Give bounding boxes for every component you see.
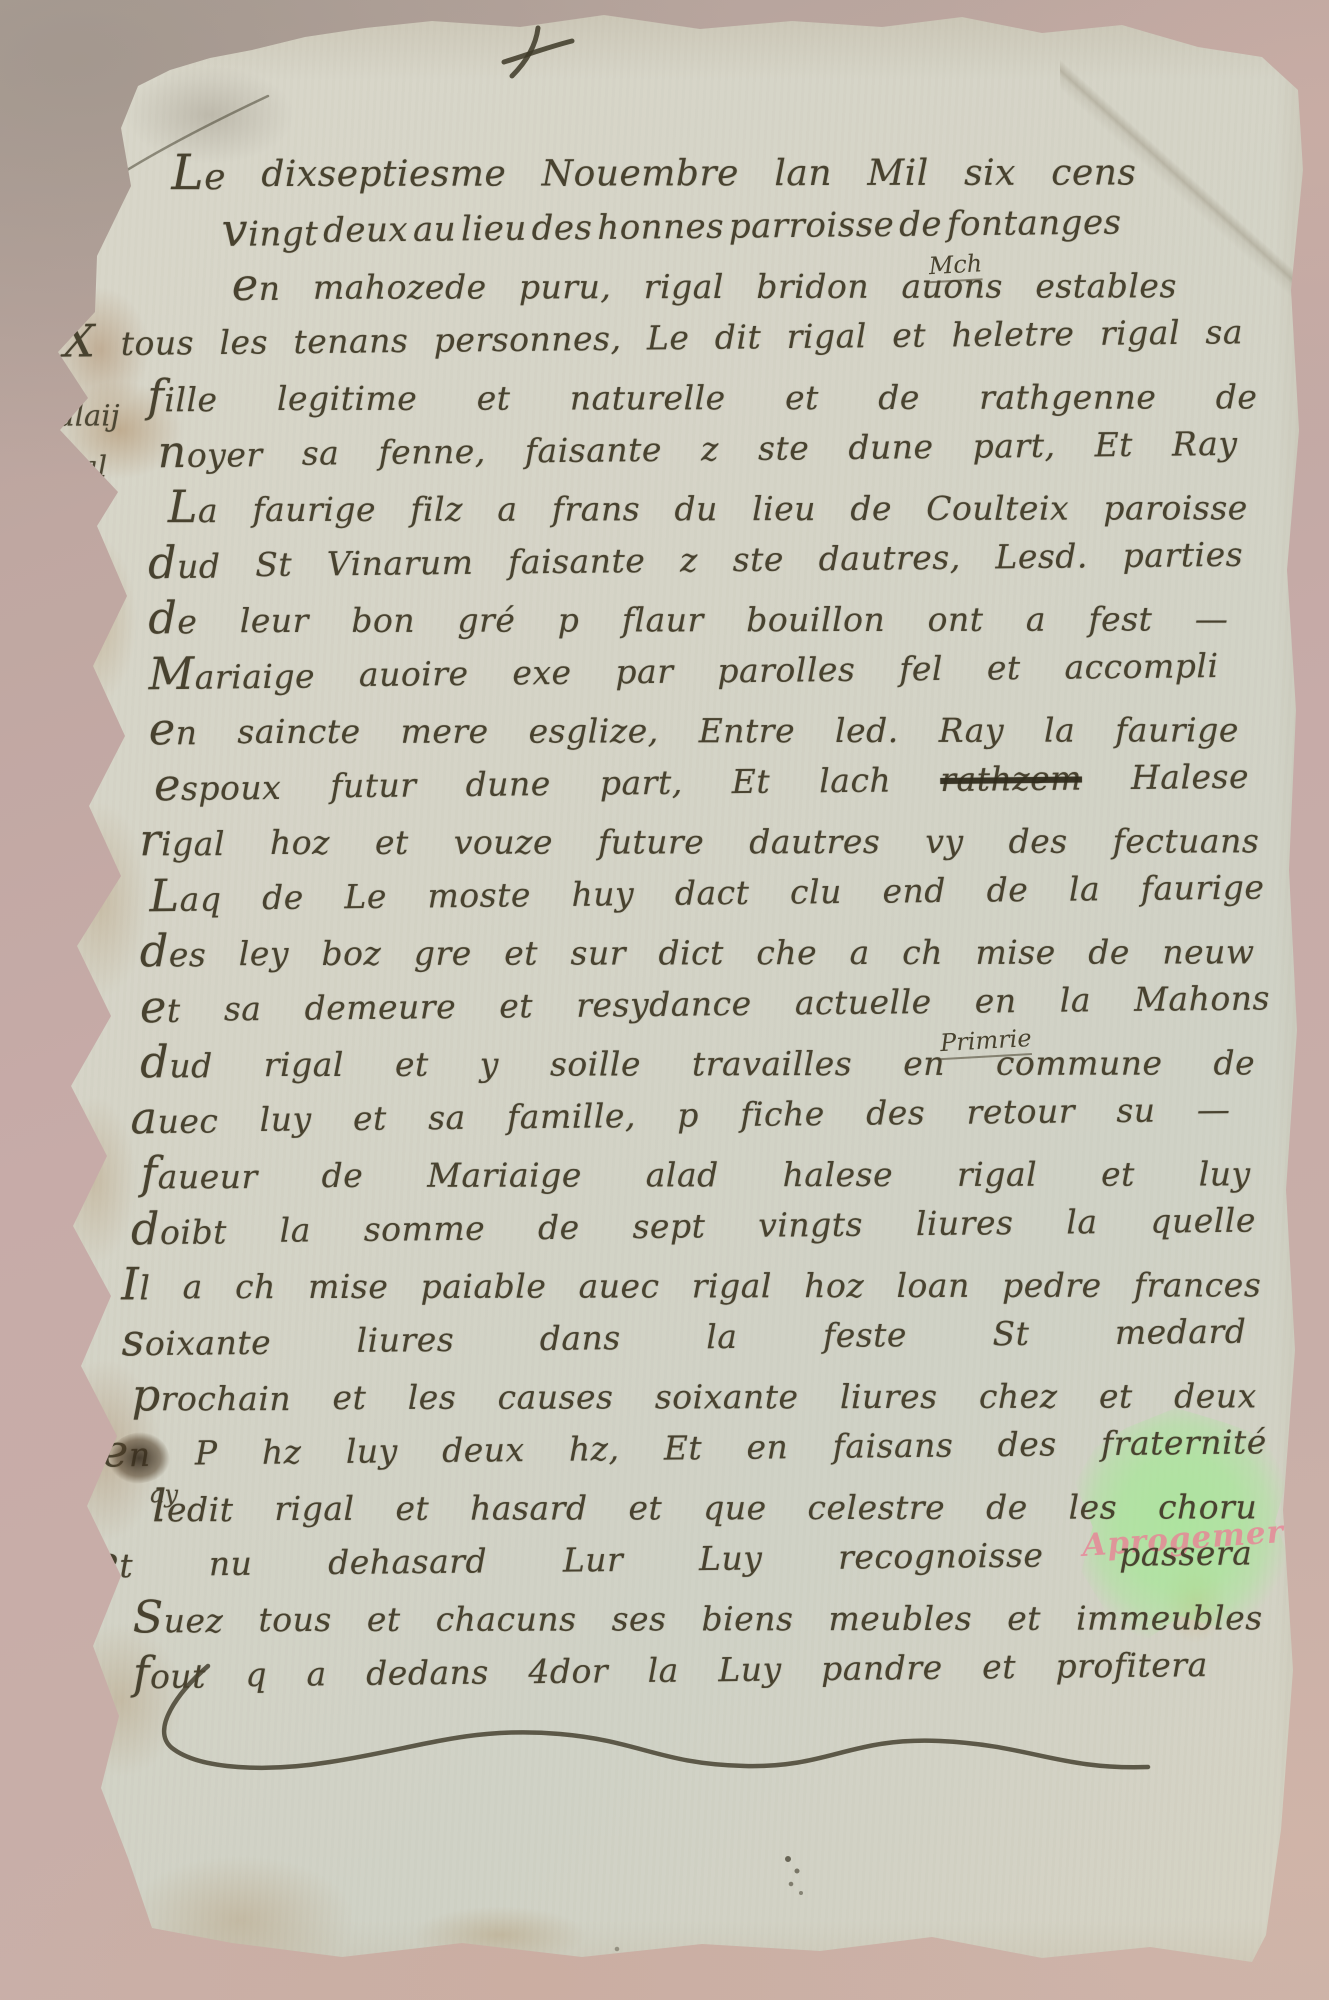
word: de: [1216, 377, 1258, 417]
word: Ray: [1172, 424, 1238, 465]
word: Luy: [699, 1538, 763, 1579]
word: et: [1101, 1155, 1135, 1195]
word: faisans: [832, 1426, 953, 1467]
word: Le: [171, 154, 226, 198]
word: faurige: [252, 490, 376, 530]
word: legitime: [277, 379, 417, 419]
manuscript-line: rigalhozetvouzefuturedautresvydesfectuan…: [139, 821, 1259, 863]
word: —: [1195, 599, 1229, 639]
word: nu: [209, 1544, 253, 1584]
word: hoz: [804, 1266, 864, 1306]
manuscript-page: Aprogemere LedixseptiesmeNouembrelanMils…: [0, 0, 1329, 2000]
word: Coulteix: [926, 489, 1069, 529]
word: tous: [121, 323, 195, 364]
word: hz,: [569, 1429, 620, 1470]
word: che: [756, 933, 817, 973]
word: fest: [1088, 599, 1152, 639]
word: Luy: [718, 1650, 782, 1691]
word: honnes: [597, 207, 724, 251]
word: recognoisse: [838, 1536, 1044, 1578]
word: parroisse: [729, 205, 895, 250]
word: halese: [783, 1155, 894, 1195]
word: a: [1026, 600, 1046, 640]
manuscript-line: Mariaigeauoireexeparparollesfeletaccompl…: [148, 646, 1218, 697]
word: ont: [928, 600, 984, 640]
word: parties: [1122, 535, 1243, 576]
word: —: [1197, 1090, 1231, 1130]
word: des: [866, 1093, 926, 1134]
word: et: [353, 1099, 387, 1139]
word: et: [332, 1378, 366, 1418]
word: liures: [840, 1377, 938, 1417]
word: hoz: [270, 823, 330, 863]
word: neuw: [1162, 932, 1254, 972]
word: Nouembre: [542, 153, 739, 197]
word: de: [986, 870, 1028, 910]
manuscript-line: dudrigaletysoilletravaillesencommunede: [140, 1043, 1255, 1085]
margin-note: igal: [53, 449, 108, 483]
word: sept: [632, 1206, 705, 1247]
word: la: [647, 1651, 679, 1691]
word: et: [504, 934, 538, 974]
word: z: [701, 429, 719, 469]
word: faueur: [141, 1156, 258, 1196]
word: Mariaige: [148, 656, 315, 698]
word: doibt: [131, 1211, 227, 1252]
word: choru: [1158, 1487, 1257, 1527]
word: les: [408, 1378, 457, 1418]
word: soille: [550, 1044, 641, 1084]
word: et: [1099, 1377, 1133, 1417]
word: p: [677, 1095, 699, 1135]
word: rigal: [692, 1266, 772, 1306]
word: des: [531, 208, 592, 252]
manuscript-line: vingtdeuxaulieudeshonnesparroissedefonta…: [221, 203, 1121, 255]
word: fontanges: [947, 203, 1122, 248]
manuscript-line: dudStVinarumfaisantezstedautres,Lesd.par…: [148, 535, 1243, 586]
word: chez: [979, 1377, 1058, 1417]
word: a: [850, 933, 870, 973]
word: rathzem: [940, 759, 1082, 800]
photograph-backdrop: Aprogemere LedixseptiesmeNouembrelanMils…: [0, 0, 1329, 2000]
word: a: [183, 1267, 203, 1307]
word: famille,: [507, 1096, 636, 1137]
word: la: [706, 1317, 738, 1357]
word: demeure: [304, 987, 456, 1029]
word: par: [615, 652, 673, 693]
word: deux: [323, 210, 408, 254]
word: faisante: [508, 541, 646, 582]
word: naturelle: [570, 378, 726, 418]
word: les: [219, 322, 268, 363]
word: vingt: [221, 211, 318, 255]
word: quelle: [1150, 1201, 1256, 1242]
word: lan: [774, 153, 832, 197]
word: frans: [552, 489, 640, 529]
word: su: [1116, 1091, 1156, 1131]
word: hasard: [470, 1488, 588, 1528]
word: du: [674, 489, 717, 529]
word: et: [892, 316, 926, 356]
word: la: [1069, 869, 1101, 909]
word: Et: [1094, 425, 1133, 465]
word: y: [480, 1045, 499, 1085]
word: loan: [896, 1266, 969, 1306]
word: sa: [224, 989, 262, 1029]
manuscript-line: noyersafenne,faisantezstedunepart,EtRay: [157, 424, 1237, 475]
word: dautres,: [818, 538, 960, 579]
word: la: [1066, 1202, 1098, 1242]
word: noyer: [157, 434, 262, 475]
manuscript-line: etsademeureetresydanceactuelleenlaMahons: [140, 978, 1270, 1030]
word: bouillon: [746, 600, 885, 640]
manuscript-line: LedixseptiesmeNouembrelanMilsixcens: [171, 152, 1136, 198]
word: rathgenne: [979, 377, 1156, 417]
word: sa: [302, 433, 340, 473]
word: des: [997, 1424, 1057, 1465]
word: mahozede: [313, 267, 487, 307]
manuscript-line: etnudehasardLurLuyrecognoissepassera: [92, 1533, 1252, 1585]
word: resydance: [576, 984, 752, 1026]
word: et: [395, 1489, 429, 1529]
word: et: [785, 378, 819, 418]
word: prochain: [132, 1378, 291, 1418]
word: rigal: [786, 316, 867, 357]
word: dit: [715, 317, 762, 357]
word: La: [168, 490, 218, 530]
word: Vinarum: [327, 543, 474, 585]
word: fectuans: [1113, 821, 1260, 861]
word: tous: [258, 1600, 331, 1640]
word: sa: [1205, 312, 1243, 352]
word: dud: [148, 545, 221, 586]
word: fiche: [740, 1094, 825, 1135]
word: heletre: [951, 314, 1074, 355]
word: Ray: [939, 711, 1004, 751]
word: soixante: [655, 1377, 799, 1417]
word: sa: [428, 1098, 466, 1138]
word: parolles: [717, 650, 855, 691]
word: paiable: [421, 1267, 547, 1307]
word: dact: [675, 873, 750, 914]
word: de: [322, 1156, 364, 1196]
word: Mahons: [1134, 978, 1270, 1019]
word: des: [140, 934, 207, 974]
word: somme: [364, 1209, 486, 1250]
word: liures: [356, 1320, 454, 1361]
word: future: [598, 822, 704, 862]
word: lieu: [461, 209, 527, 253]
word: luy: [259, 1099, 311, 1140]
word: led.: [835, 711, 899, 751]
word: pandre: [821, 1648, 943, 1689]
word: fille: [147, 379, 217, 419]
word: rigal: [644, 267, 724, 307]
word: 4dor: [528, 1651, 608, 1692]
word: et: [1007, 1599, 1041, 1639]
word: rigal: [139, 823, 225, 863]
word: lieu: [752, 489, 816, 529]
manuscript-line: faueurdeMariaigealadhaleserigaletluy: [141, 1154, 1251, 1196]
word: de: [262, 878, 304, 918]
word: rigal: [274, 1489, 354, 1529]
word: Mil: [867, 153, 928, 197]
manuscript-line: leditrigalethasardetquecelestredeleschor…: [152, 1487, 1257, 1529]
manuscript-line: deleurbongrépflaurbouillonontafest—: [148, 599, 1228, 641]
word: en: [903, 1044, 945, 1084]
word: cens: [1051, 152, 1136, 196]
word: fenne,: [378, 432, 486, 473]
word: faurige: [1141, 868, 1265, 909]
word: vingts: [758, 1205, 863, 1246]
manuscript-line: Ilachmisepaiableauecrigalhozloanpedrefra…: [121, 1265, 1261, 1307]
word: retour: [966, 1091, 1075, 1132]
word: dixseptiesme: [261, 154, 506, 198]
word: paroisse: [1103, 488, 1247, 528]
word: vouze: [454, 823, 553, 863]
word: liures: [916, 1203, 1014, 1244]
word: auoire: [359, 654, 469, 695]
word: luy: [346, 1431, 398, 1472]
word: et: [477, 379, 511, 419]
word: hz: [262, 1432, 302, 1472]
word: que: [703, 1488, 766, 1528]
word: de: [899, 204, 942, 247]
word: meubles: [828, 1599, 972, 1639]
word: boz: [321, 934, 381, 974]
word: en: [149, 712, 198, 752]
word: a: [497, 490, 517, 530]
word: Et: [732, 762, 771, 802]
word: P: [195, 1433, 218, 1473]
word: futur: [330, 765, 417, 806]
word: leur: [240, 601, 309, 641]
word: rigal: [264, 1045, 344, 1085]
word: Lur: [563, 1540, 624, 1581]
word: faisante: [525, 430, 663, 471]
word: de: [986, 1488, 1028, 1528]
word: de: [878, 378, 920, 418]
word: feste: [823, 1315, 907, 1356]
word: mere: [401, 712, 489, 752]
word: six: [964, 153, 1016, 197]
interlinear-addition: Mch: [928, 249, 983, 283]
word: faurige: [1115, 710, 1239, 750]
word: z: [680, 540, 698, 580]
word: de: [148, 601, 197, 641]
word: des: [1009, 822, 1068, 862]
word: dud: [140, 1045, 212, 1085]
word: Laq: [149, 878, 221, 919]
word: luy: [1199, 1154, 1251, 1194]
word: et: [367, 1600, 401, 1640]
word: estables: [1035, 266, 1177, 306]
word: deux: [442, 1430, 525, 1471]
word: dune: [465, 764, 551, 805]
word: fraternité: [1101, 1422, 1267, 1464]
manuscript-line: ensainctemereesglize,Entreled.Raylafauri…: [149, 710, 1239, 752]
word: tenans: [293, 321, 408, 362]
manuscript-line: soixanteliuresdanslafesteStmedard: [121, 1312, 1246, 1364]
manuscript-line: Sueztousetchacunssesbiensmeublesetimmeub…: [133, 1598, 1263, 1640]
word: Halese: [1131, 757, 1249, 798]
word: fel: [899, 649, 943, 689]
word: dune: [848, 427, 934, 468]
word: lach: [819, 761, 891, 802]
word: de: [1213, 1043, 1255, 1083]
manuscript-line: enmahozedepuru,rigalbridonauonsestables: [232, 266, 1177, 308]
word: St: [255, 545, 292, 585]
word: p: [558, 600, 580, 640]
word: Lesd.: [995, 536, 1088, 577]
word: huy: [571, 874, 634, 915]
word: accompli: [1064, 646, 1218, 688]
word: end: [882, 871, 946, 912]
word: clu: [790, 872, 842, 913]
word: ses: [612, 1599, 667, 1639]
manuscript-line: Xtouslestenanspersonnes,Leditrigalethele…: [63, 312, 1243, 364]
word: dautres: [749, 822, 880, 862]
word: Il: [121, 1267, 150, 1307]
word: exe: [512, 653, 572, 694]
word: et: [395, 1045, 429, 1085]
margin-note: alaij: [57, 398, 119, 432]
manuscript-line: desleybozgreetsurdictcheachmisedeneuw: [140, 932, 1255, 974]
word: gre: [414, 934, 472, 974]
word: immeubles: [1076, 1598, 1263, 1638]
word: St: [992, 1314, 1029, 1354]
word: vy: [925, 822, 963, 862]
word: Mariaige: [427, 1156, 582, 1196]
word: sur: [570, 933, 626, 973]
word: travailles: [692, 1044, 852, 1084]
word: au: [413, 209, 457, 252]
word: frances: [1134, 1265, 1261, 1305]
manuscript-line: doibtlasommedeseptvingtsliureslaquelle: [131, 1201, 1256, 1253]
word: chacuns: [436, 1600, 577, 1640]
word: deux: [1174, 1376, 1257, 1416]
word: a: [306, 1654, 327, 1694]
word: ley: [239, 934, 289, 974]
word: ste: [758, 428, 810, 469]
word: mise: [308, 1267, 388, 1307]
word: la: [279, 1210, 311, 1250]
word: et: [987, 648, 1021, 688]
manuscript-line: prochainetlescausessoixanteliureschezetd…: [132, 1376, 1257, 1418]
word: ste: [732, 540, 784, 581]
word: de: [538, 1208, 580, 1248]
word: flaur: [622, 600, 704, 640]
manuscript-line: fillelegitimeetnaturelleetderathgennede: [147, 377, 1257, 419]
word: en: [232, 268, 281, 308]
word: celestre: [807, 1488, 945, 1528]
word: et: [375, 823, 409, 863]
word: filz: [410, 490, 463, 530]
word: bridon: [756, 267, 869, 307]
word: bon: [351, 601, 415, 641]
word: X: [63, 324, 96, 364]
word: dedans: [366, 1653, 489, 1694]
word: mise: [975, 933, 1055, 973]
word: medard: [1115, 1312, 1247, 1353]
word: et: [92, 1545, 133, 1585]
word: Entre: [699, 711, 795, 751]
word: de: [1088, 933, 1130, 973]
word: alad: [646, 1155, 719, 1195]
word: biens: [701, 1599, 793, 1639]
word: profitera: [1055, 1645, 1208, 1687]
word: gré: [457, 601, 515, 641]
word: Le: [647, 318, 690, 358]
manuscript-line: foutqadedans4dorlaLuypandreetprofitera: [133, 1645, 1208, 1696]
word: de: [850, 489, 892, 529]
word: ch: [235, 1267, 276, 1307]
word: les: [1069, 1488, 1118, 1528]
word: saincte: [237, 712, 360, 752]
word: en: [746, 1427, 788, 1467]
word: esglize,: [529, 711, 659, 751]
word: part,: [972, 426, 1055, 467]
word: moste: [427, 875, 531, 916]
word: et: [499, 986, 533, 1026]
word: soixante: [121, 1322, 271, 1364]
word: dans: [540, 1318, 621, 1359]
manuscript-line: LaqdeLemostehuydactcluenddelafaurige: [149, 868, 1264, 920]
word: Suez: [133, 1600, 224, 1640]
word: q: [245, 1655, 267, 1695]
manuscript-line: espouxfuturdunepart,EtlachrathzemHalese: [154, 757, 1249, 808]
word: actuelle: [795, 982, 932, 1023]
ink-blot: [108, 1432, 170, 1484]
word: pedre: [1002, 1266, 1102, 1306]
word: Le: [344, 877, 387, 917]
word: dict: [658, 933, 723, 973]
word: auec: [579, 1266, 660, 1306]
word: en: [975, 981, 1017, 1021]
word: espoux: [154, 767, 282, 808]
word: et: [140, 990, 181, 1030]
word: causes: [498, 1377, 614, 1417]
word: la: [1060, 980, 1092, 1020]
word: fout: [133, 1656, 206, 1697]
word: puru,: [519, 267, 611, 307]
handwriting-layer: LedixseptiesmeNouembrelanMilsixcensvingt…: [0, 0, 1329, 2000]
word: ch: [902, 933, 943, 973]
word: rigal: [957, 1155, 1037, 1195]
manuscript-line: enPhzluydeuxhz,Etenfaisansdesfraternité: [102, 1422, 1267, 1474]
word: et: [982, 1647, 1016, 1687]
manuscript-line: auecluyetsafamille,pfichedesretoursu—: [130, 1090, 1230, 1142]
word: et: [628, 1488, 662, 1528]
word: personnes,: [434, 319, 622, 361]
word: la: [1044, 711, 1075, 751]
word: dehasard: [328, 1541, 488, 1583]
word: rigal: [1100, 313, 1181, 354]
word: auec: [130, 1100, 218, 1141]
word: part,: [600, 763, 683, 804]
word: Et: [664, 1428, 703, 1468]
margin-note: ay: [150, 1480, 178, 1508]
interlinear-addition: Primrie: [939, 1024, 1032, 1060]
manuscript-line: LafaurigefilzafransdulieudeCoulteixparoi…: [168, 488, 1248, 530]
word: passera: [1119, 1533, 1253, 1574]
